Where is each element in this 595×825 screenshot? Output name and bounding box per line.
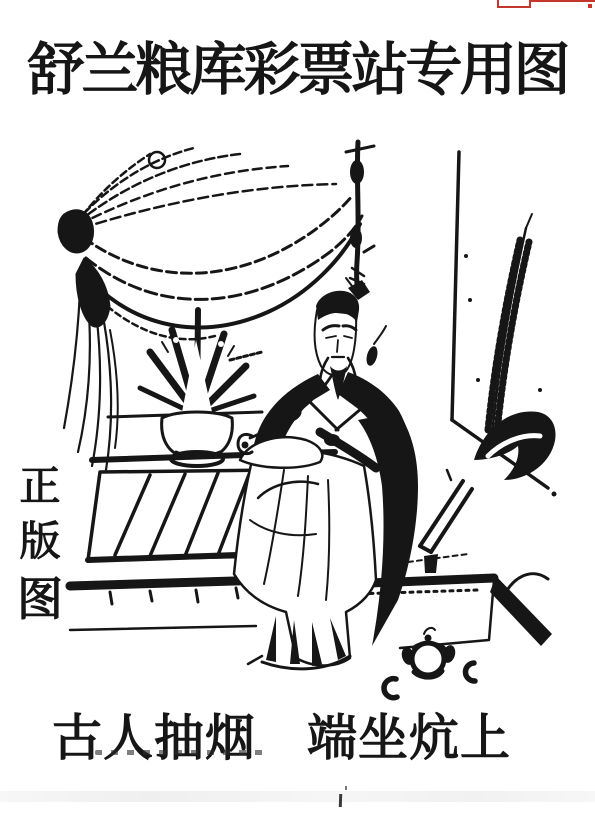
caption-text: 古人抽烟 端坐炕上 xyxy=(52,698,511,770)
curtain-tassel xyxy=(76,258,110,327)
pipe-bowl xyxy=(242,442,249,449)
tea-cup-left xyxy=(384,679,397,698)
teapot-set xyxy=(384,628,475,698)
kang-platform-front xyxy=(70,580,268,630)
edition-label: 正 版 图 xyxy=(16,464,64,625)
faded-subtext-remnant xyxy=(95,750,265,755)
scan-artifact-band xyxy=(0,791,595,802)
curtain-gather-knot xyxy=(58,210,94,253)
edition-char: 正 xyxy=(20,464,61,510)
seated-man xyxy=(234,278,418,669)
face xyxy=(315,310,356,376)
wall-beam xyxy=(346,142,374,286)
edition-char: 图 xyxy=(17,574,63,626)
scan-dot xyxy=(345,786,347,790)
scan-mark xyxy=(339,794,342,807)
crossed-collar xyxy=(310,402,362,430)
dark-drape xyxy=(490,576,552,646)
wall-scroll-panel xyxy=(452,152,557,497)
tea-cup-right xyxy=(465,663,475,681)
scanned-lottery-sheet: 舒兰粮库彩票站专用图 xyxy=(0,0,595,825)
edition-char: 版 xyxy=(20,519,61,565)
nose xyxy=(337,340,338,352)
teapot-knob xyxy=(425,635,432,642)
